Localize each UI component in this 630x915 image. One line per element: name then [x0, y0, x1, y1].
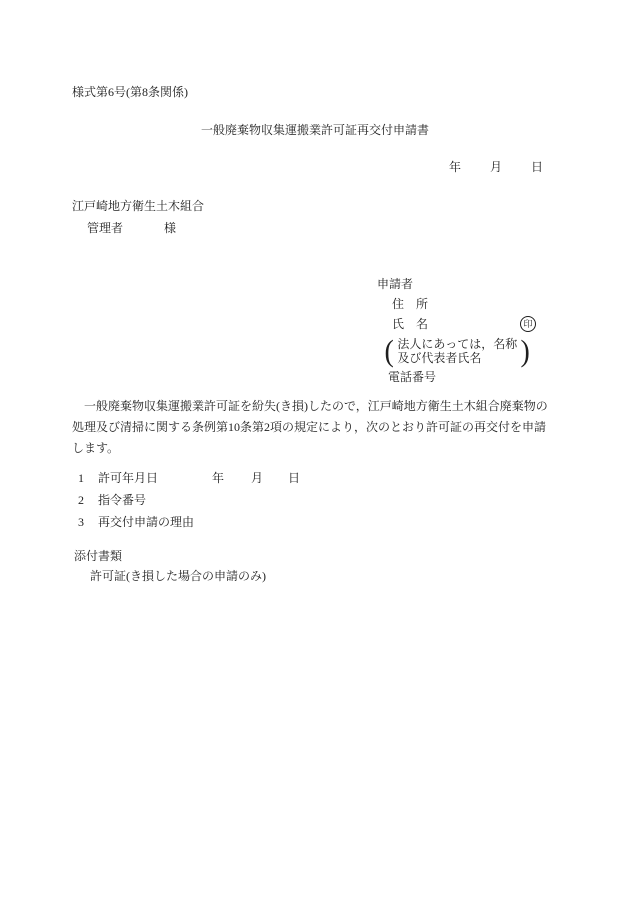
permit-year-label: 年	[212, 470, 224, 486]
applicant-block: 申請者 住 所 氏 名 印 ( 法人にあっては，名称 及び代表者氏名 ) 電話番…	[377, 274, 547, 385]
permit-day-label: 日	[288, 470, 300, 486]
applicant-name-label: 氏 名	[392, 317, 428, 331]
applicant-address-label: 住 所	[377, 294, 547, 314]
body-line-2: 処理及び清掃に関する条例第10条第2項の規定により，次のとおり許可証の再交付を申…	[72, 417, 548, 438]
document-title: 一般廃棄物収集運搬業許可証再交付申請書	[0, 122, 630, 138]
corporate-note-line-1: 法人にあっては，名称	[397, 337, 517, 351]
item-number: 1	[78, 470, 95, 486]
item-label: 再交付申請の理由	[98, 515, 194, 529]
applicant-phone-label: 電話番号	[377, 369, 547, 385]
header-year-label: 年	[449, 159, 461, 175]
addressee-honorific: 様	[164, 221, 176, 235]
applicant-name-line: 氏 名 印	[377, 314, 547, 334]
open-paren-icon: (	[385, 335, 394, 366]
body-line-1: 一般廃棄物収集運搬業許可証を紛失(き損)したので，江戸崎地方衛生土木組合廃棄物の	[72, 396, 548, 417]
application-form-page: 様式第6号(第8条関係) 一般廃棄物収集運搬業許可証再交付申請書 年 月 日 江…	[0, 0, 630, 915]
body-line-3: します。	[72, 438, 548, 459]
corporate-note: ( 法人にあっては，名称 及び代表者氏名 )	[377, 335, 547, 366]
item-row-directive-number: 2 指令番号	[78, 492, 194, 514]
header-date-line: 年 月 日	[449, 159, 543, 175]
item-row-permit-date: 1 許可年月日 年 月 日	[78, 470, 194, 492]
header-day-label: 日	[531, 159, 543, 175]
item-label: 指令番号	[98, 493, 146, 507]
addressee-organization: 江戸崎地方衛生土木組合	[72, 198, 204, 214]
corporate-note-line-2: 及び代表者氏名	[397, 351, 517, 365]
attachments-item: 許可証(き損した場合の申請のみ)	[90, 568, 266, 584]
item-list: 1 許可年月日 年 月 日 2 指令番号 3 再交付申請の理由	[78, 470, 194, 536]
item-number: 2	[78, 492, 95, 508]
attachments-heading: 添付書類	[74, 548, 122, 564]
seal-character: 印	[523, 320, 532, 329]
form-number: 様式第6号(第8条関係)	[72, 84, 188, 100]
body-paragraph: 一般廃棄物収集運搬業許可証を紛失(き損)したので，江戸崎地方衛生土木組合廃棄物の…	[72, 396, 548, 459]
item-number: 3	[78, 514, 95, 530]
seal-stamp-icon: 印	[520, 316, 536, 332]
close-paren-icon: )	[521, 335, 530, 366]
applicant-label: 申請者	[377, 274, 547, 294]
item-row-reissue-reason: 3 再交付申請の理由	[78, 514, 194, 536]
header-month-label: 月	[490, 159, 502, 175]
addressee-line: 管理者 様	[87, 220, 176, 236]
addressee-role: 管理者	[87, 221, 123, 235]
item-label: 許可年月日	[98, 471, 158, 485]
permit-month-label: 月	[251, 470, 263, 486]
corporate-note-text: 法人にあっては，名称 及び代表者氏名	[397, 337, 517, 365]
